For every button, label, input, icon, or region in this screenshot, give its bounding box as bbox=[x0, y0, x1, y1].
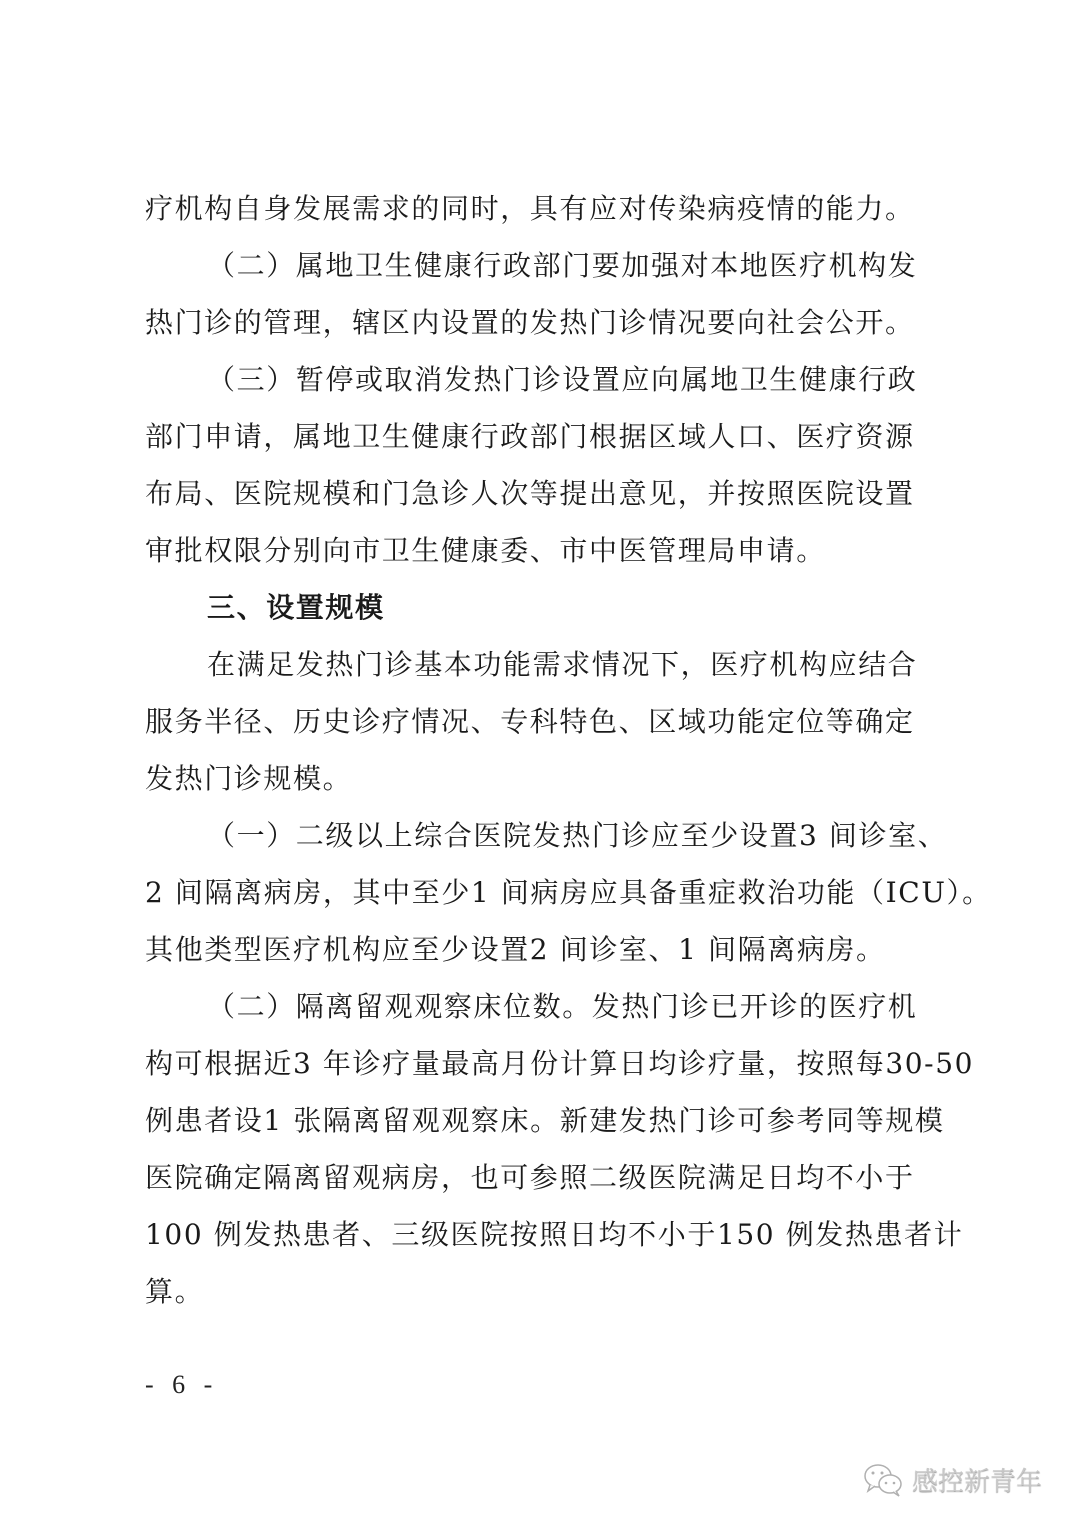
text-line: 例患者设1 张隔离留观观察床。新建发热门诊可参考同等规模 bbox=[145, 1101, 945, 1141]
wechat-icon bbox=[862, 1462, 906, 1498]
page-number: - 6 - bbox=[145, 1370, 218, 1400]
text-line: 在满足发热门诊基本功能需求情况下，医疗机构应结合 bbox=[207, 645, 917, 685]
text-line: 疗机构自身发展需求的同时，具有应对传染病疫情的能力。 bbox=[145, 189, 915, 229]
text-line: 部门申请，属地卫生健康行政部门根据区域人口、医疗资源 bbox=[145, 417, 915, 457]
text-line: （二）隔离留观观察床位数。发热门诊已开诊的医疗机 bbox=[207, 987, 917, 1027]
section-heading: 三、设置规模 bbox=[207, 588, 385, 628]
text-line: 算。 bbox=[145, 1272, 204, 1312]
text-line: 布局、医院规模和门急诊人次等提出意见，并按照医院设置 bbox=[145, 474, 915, 514]
text-line: 构可根据近3 年诊疗量最高月份计算日均诊疗量，按照每30-50 bbox=[145, 1044, 974, 1084]
text-line: 发热门诊规模。 bbox=[145, 759, 352, 799]
text-line: （一）二级以上综合医院发热门诊应至少设置3 间诊室、 bbox=[207, 816, 947, 856]
text-line: （三）暂停或取消发热门诊设置应向属地卫生健康行政 bbox=[207, 360, 917, 400]
watermark: 感控新青年 bbox=[862, 1461, 1042, 1498]
text-line: 服务半径、历史诊疗情况、专科特色、区域功能定位等确定 bbox=[145, 702, 915, 742]
text-line: 100 例发热患者、三级医院按照日均不小于150 例发热患者计 bbox=[145, 1215, 963, 1255]
text-line: 2 间隔离病房，其中至少1 间病房应具备重症救治功能（ICU）。 bbox=[145, 873, 992, 913]
watermark-text: 感控新青年 bbox=[912, 1461, 1042, 1498]
text-line: 医院确定隔离留观病房，也可参照二级医院满足日均不小于 bbox=[145, 1158, 915, 1198]
text-line: 其他类型医疗机构应至少设置2 间诊室、1 间隔离病房。 bbox=[145, 930, 886, 970]
text-line: （二）属地卫生健康行政部门要加强对本地医疗机构发 bbox=[207, 246, 917, 286]
text-line: 热门诊的管理，辖区内设置的发热门诊情况要向社会公开。 bbox=[145, 303, 915, 343]
text-line: 审批权限分别向市卫生健康委、市中医管理局申请。 bbox=[145, 531, 826, 571]
